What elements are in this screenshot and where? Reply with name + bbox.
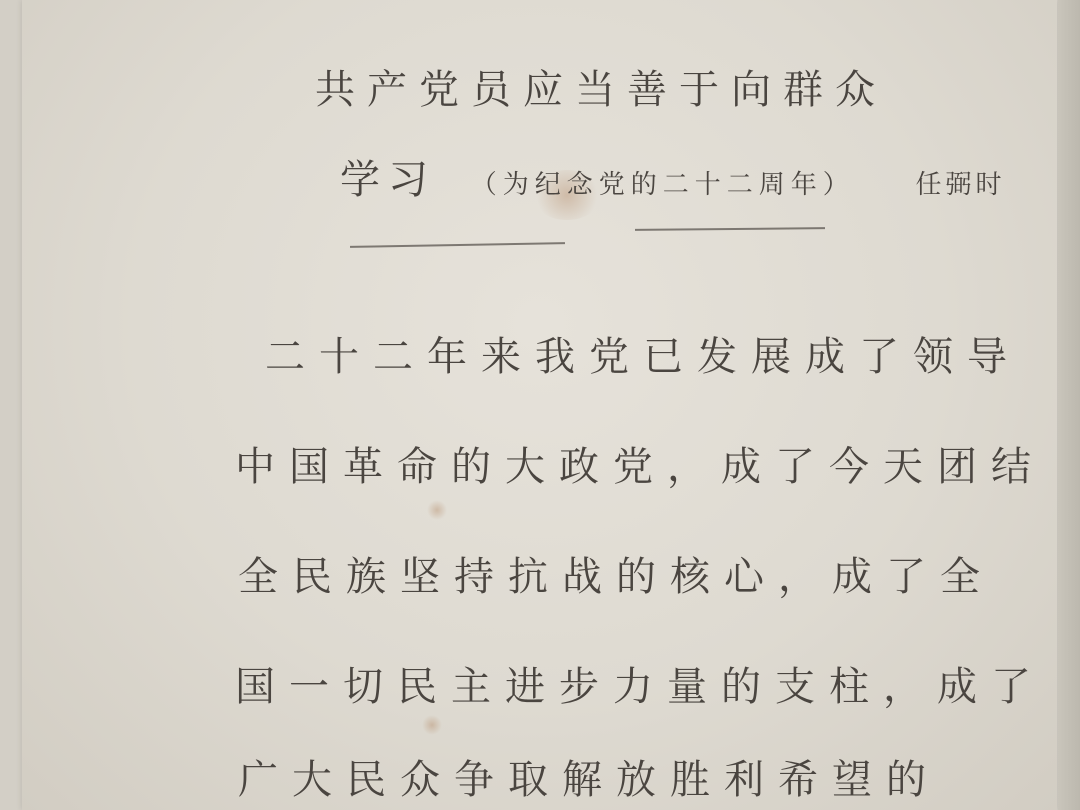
body-line-5: 广大民众争取解放胜利希望的: [238, 748, 1080, 805]
title-line-1: 共产党员应当善于向群众: [315, 58, 1080, 115]
body-line-1: 二十二年来我党已发展成了领导: [265, 325, 1080, 382]
manuscript-photo: 共产党员应当善于向群众 学习 （为纪念党的二十二周年） 任弼时 二十二年来我党已…: [0, 0, 1080, 810]
title-line-2: 学习 （为纪念党的二十二周年） 任弼时: [340, 148, 1080, 205]
body-line-3: 全民族坚持抗战的核心，成了全: [238, 545, 1080, 602]
body-line-4: 国一切民主进步力量的支柱，成了: [235, 655, 1080, 712]
title-continuation: 学习: [340, 157, 436, 203]
body-line-2: 中国革命的大政党，成了今天团结: [235, 435, 1080, 492]
ink-stain: [427, 500, 447, 520]
ink-stain: [422, 715, 442, 735]
subtitle: （为纪念党的二十二周年）: [471, 170, 855, 200]
author: 任弼时: [915, 170, 1005, 200]
